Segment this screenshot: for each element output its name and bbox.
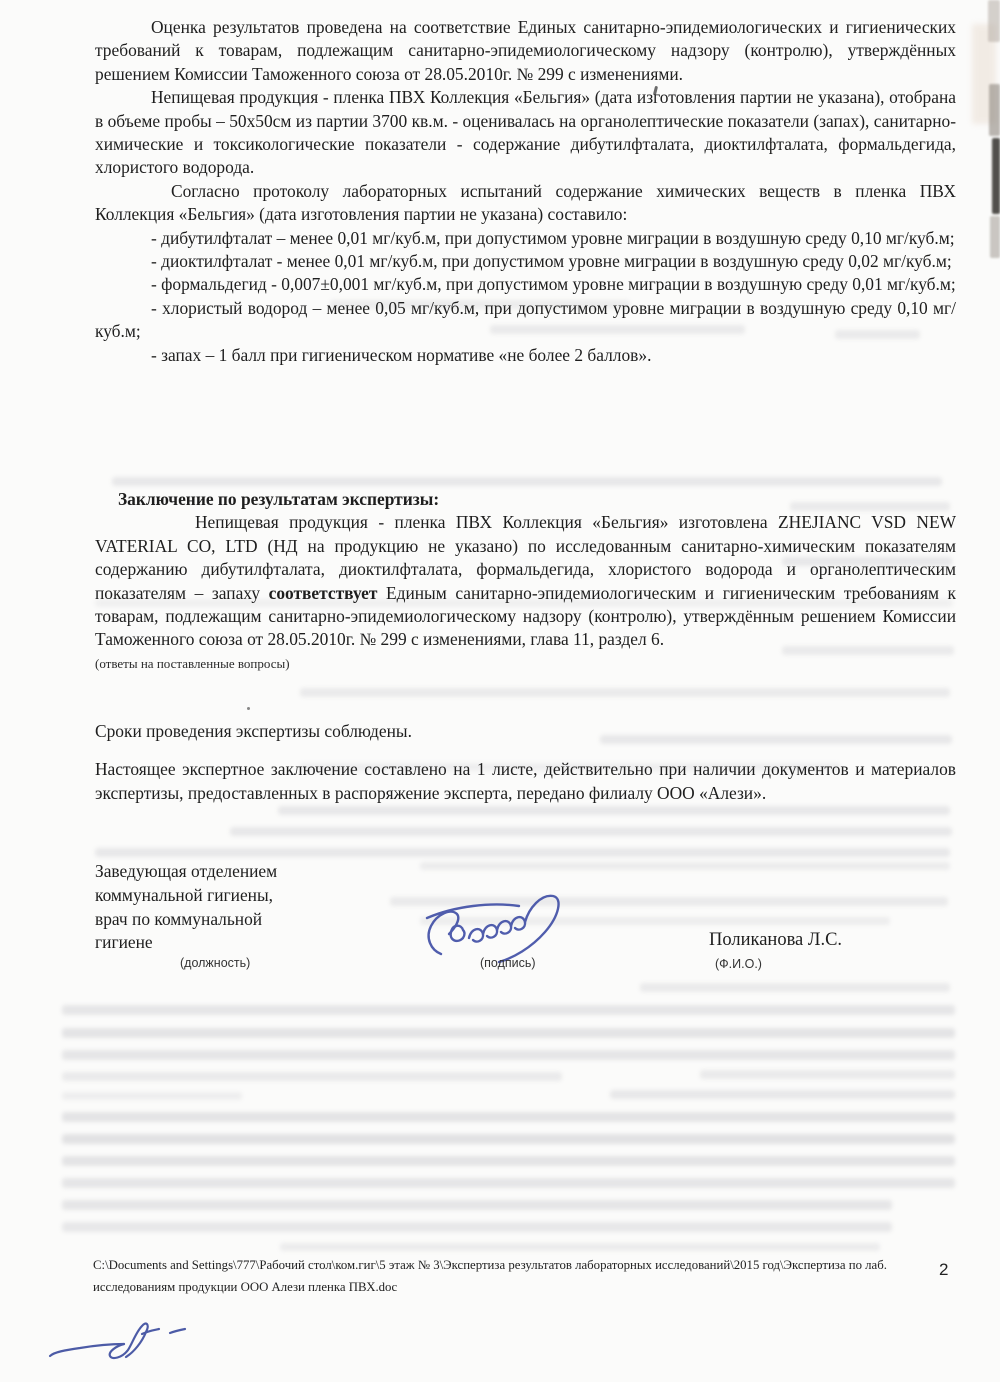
conclusion-paragraph: Непищевая продукция - пленка ПВХ Коллекц…	[95, 511, 956, 651]
terms-line: Сроки проведения экспертизы соблюдены.	[95, 720, 956, 743]
bleed-through-line	[62, 1134, 955, 1144]
bleed-through-line	[62, 1200, 892, 1210]
file-path-line1: C:\Documents and Settings\777\Рабочий ст…	[93, 1255, 973, 1277]
bleed-through-line	[62, 1178, 955, 1188]
scan-mark	[247, 707, 250, 710]
bleed-through-line	[610, 1090, 955, 1099]
signer-position-line: Заведующая отделением	[95, 860, 415, 884]
conclusion-bold-word: соответствует	[269, 583, 378, 603]
bleed-through-line	[62, 1072, 562, 1081]
bleed-through-line	[700, 1070, 955, 1079]
scan-edge-artifact	[992, 138, 1000, 214]
name-caption: (Ф.И.О.)	[715, 957, 762, 971]
bleed-through-line	[62, 1005, 955, 1015]
bleed-through-line	[62, 1112, 955, 1122]
position-caption: (должность)	[180, 956, 250, 970]
bleed-through-line	[62, 1222, 892, 1232]
page-number: 2	[939, 1259, 948, 1281]
bleed-through-line	[230, 827, 952, 836]
scan-edge-artifact	[989, 84, 1000, 136]
signature-caption: (подпись)	[480, 956, 536, 970]
bleed-through-line	[95, 848, 950, 857]
signature-block: Заведующая отделением коммунальной гигие…	[95, 860, 957, 980]
document-page: Оценка результатов проведена на соответс…	[0, 0, 1000, 1382]
file-path-line2: исследованиям продукции ООО Алези пленка…	[93, 1277, 973, 1299]
statement-paragraph: Настоящее экспертное заключение составле…	[95, 758, 956, 805]
signer-position-line: коммунальной гигиены,	[95, 884, 415, 908]
paragraph-assessment: Оценка результатов проведена на соответс…	[95, 16, 956, 86]
list-item-dioctylphthalate: - диоктилфталат - менее 0,01 мг/куб.м, п…	[95, 250, 956, 273]
conclusion-heading: Заключение по результатам экспертизы:	[95, 488, 956, 511]
paragraph-protocol: Согласно протоколу лабораторных испытани…	[95, 180, 956, 227]
list-item-odor: - запах – 1 балл при гигиеническом норма…	[95, 344, 956, 367]
margin-signature-ink	[46, 1316, 216, 1376]
signer-name: Поликанова Л.С.	[709, 930, 842, 951]
conclusion-section: Заключение по результатам экспертизы: Не…	[95, 488, 956, 672]
signer-position: Заведующая отделением коммунальной гигие…	[95, 860, 415, 955]
bleed-through-line	[62, 1050, 955, 1060]
paragraph-product: Непищевая продукция - пленка ПВХ Коллекц…	[95, 86, 956, 180]
scan-edge-artifact	[990, 216, 1000, 258]
body-text: Оценка результатов проведена на соответс…	[95, 16, 956, 367]
answers-note: (ответы на поставленные вопросы)	[95, 655, 956, 672]
bleed-through-line	[62, 1092, 242, 1100]
bleed-through-line	[640, 983, 950, 992]
signer-position-line: гигиене	[95, 931, 415, 955]
bleed-through-line	[278, 806, 950, 815]
bleed-through-line	[112, 477, 942, 486]
list-item-formaldehyde: - формальдегид - 0,007±0,001 мг/куб.м, п…	[95, 273, 956, 296]
bleed-through-line	[62, 1156, 955, 1166]
list-item-dibutylphthalate: - дибутилфталат – менее 0,01 мг/куб.м, п…	[95, 227, 956, 250]
bleed-through-line	[300, 688, 950, 697]
signer-position-line: врач по коммунальной	[95, 908, 415, 932]
footer: C:\Documents and Settings\777\Рабочий ст…	[93, 1255, 973, 1298]
bleed-through-line	[280, 1243, 880, 1251]
closing-section: Сроки проведения экспертизы соблюдены. Н…	[95, 720, 956, 805]
list-item-hydrogen-chloride: - хлористый водород – менее 0,05 мг/куб.…	[95, 297, 956, 344]
bleed-through-line	[62, 1028, 955, 1038]
scan-edge-artifact	[988, 0, 1000, 42]
